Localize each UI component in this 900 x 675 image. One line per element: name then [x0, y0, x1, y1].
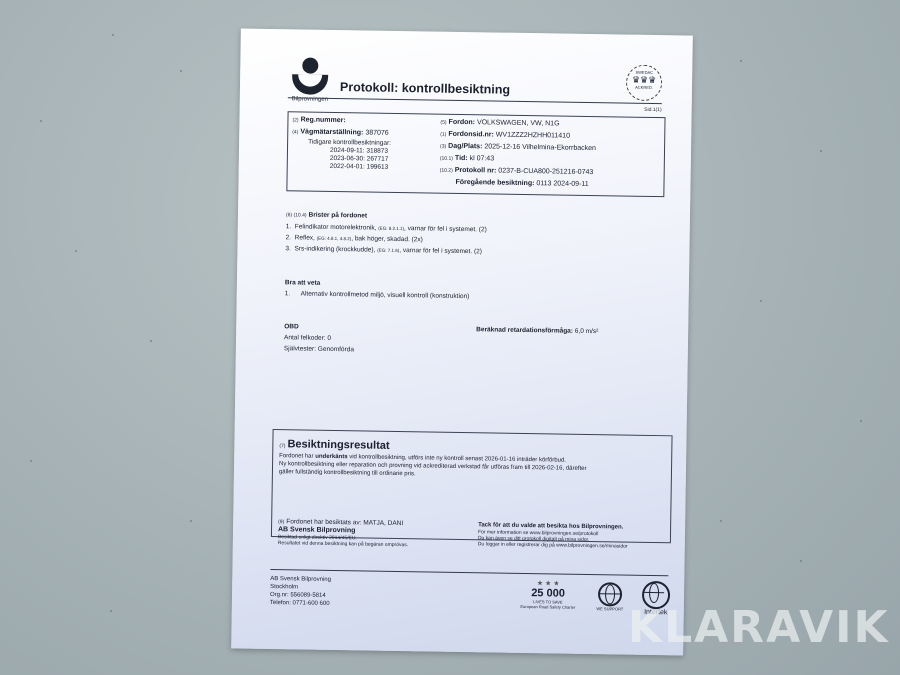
three-crowns-icon: ♛♛♛ [627, 75, 661, 86]
inspection-protocol-sheet: Bilprovningen Protokoll: kontrollbesiktn… [231, 28, 693, 655]
company-address: AB Svensk Bilprovning Stockholm Org.nr: … [270, 575, 331, 608]
info-left-column: (2)Reg.nummer: (4)Vägmätarställning: 387… [292, 114, 463, 173]
vehicle-info-box: (2)Reg.nummer: (4)Vägmätarställning: 387… [286, 111, 665, 197]
header-divider [288, 97, 662, 104]
global-compact-badge: WE SUPPORT [590, 582, 630, 612]
swedac-accreditation-badge: SWEDAC ♛♛♛ ACKRED. [626, 65, 663, 102]
defects-heading: Brister på fordonet [308, 212, 367, 220]
bilprovningen-logo: Bilprovningen [288, 57, 333, 103]
thanks-block: Tack för att du valde att besikta hos Bi… [478, 521, 668, 550]
defects-section: (6) (10.4)Brister på fordonet 1. Felindi… [285, 209, 646, 260]
obd-self-tests: Självtester: Genomförda [284, 343, 444, 357]
previous-inspections: Tidigare kontrollbesiktningar: 2024-09-1… [292, 138, 462, 173]
klaravik-watermark: KLARAVIK [628, 602, 890, 653]
road-safety-charter-badge: ★ ★ ★ 25 000 LIVES TO SAVE European Road… [518, 579, 578, 610]
inspector-block: (9)Fordonet har besiktats av: MATJA, DAN… [278, 518, 468, 549]
info-right-column: (5)Fordon: VOLKSWAGEN, VW, N1G (1)Fordon… [439, 117, 665, 192]
previous-inspection-row: Föregående besiktning: 0113 2024-09-11 [439, 177, 664, 192]
obd-section: OBD Antal felkoder: 0 Självtester: Genom… [284, 321, 444, 357]
obd-heading: OBD [284, 323, 299, 330]
good-to-know-heading: Bra att veta [285, 279, 321, 287]
document-title: Protokoll: kontrollbesiktning [340, 80, 510, 97]
braking-capacity: Beräknad retardationsförmåga: 6,0 m/s² [476, 324, 676, 338]
result-heading: (7)Besiktningsresultat [279, 434, 389, 454]
globe-icon [598, 582, 622, 606]
result-verdict: underkänts [315, 454, 347, 461]
page-number: Sid.1(1) [644, 107, 662, 113]
inspection-result-box: (7)Besiktningsresultat Fordonet har unde… [271, 429, 673, 543]
result-text: Fordonet har underkänts vid kontrollbesi… [279, 452, 667, 482]
good-to-know-section: Bra att veta 1. Alternativ kontrollmetod… [285, 277, 645, 305]
